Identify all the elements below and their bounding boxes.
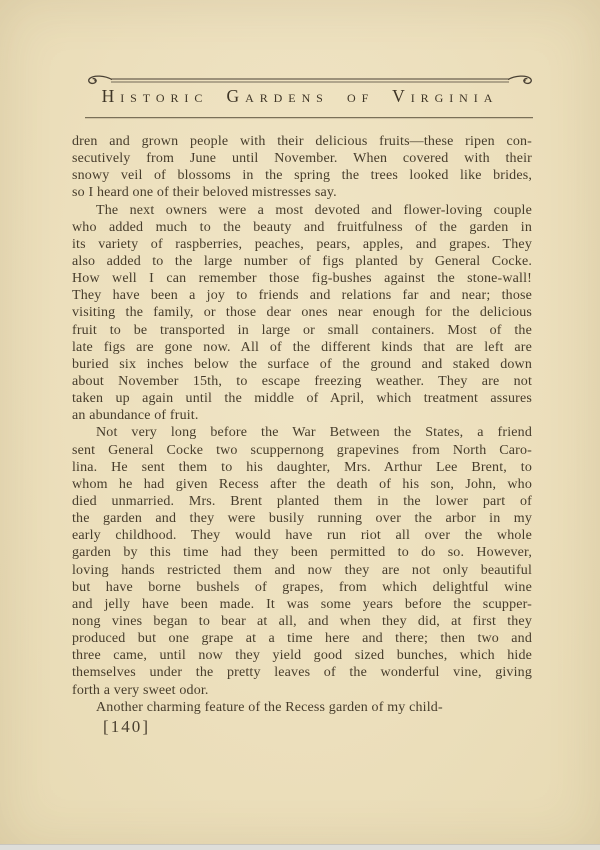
scanned-book-page: Historic Gardens of Virginia dren and gr… (0, 0, 600, 850)
text-line: dren and grown people with their delicio… (72, 133, 532, 150)
header-rule (85, 117, 533, 118)
text-line: produced but one grape at a time here an… (72, 630, 532, 647)
scroll-ornament-left-icon (89, 76, 112, 83)
text-line: The next owners were a most devoted and … (72, 202, 532, 219)
text-line: visiting the family, or those dear ones … (72, 304, 532, 321)
text-line: an abundance of fruit. (72, 407, 532, 424)
text-line: late figs are gone now. All of the diffe… (72, 339, 532, 356)
text-line: died unmarried. Mrs. Brent planted them … (72, 493, 532, 510)
text-line: its variety of raspberries, peaches, pea… (72, 236, 532, 253)
text-line: nong vines began to bear at all, and whe… (72, 613, 532, 630)
text-line: also added to the large number of figs p… (72, 253, 532, 270)
text-line: and jelly have been made. It was some ye… (72, 596, 532, 613)
text-line: fruit to be transported in large or smal… (72, 322, 532, 339)
text-line: Not very long before the War Between the… (72, 424, 532, 441)
text-line: secutively from June until November. Whe… (72, 150, 532, 167)
text-line: How well I can remember those fig-bushes… (72, 270, 532, 287)
body-text: dren and grown people with their delicio… (72, 133, 532, 716)
text-line: who added much to the beauty and fruitfu… (72, 219, 532, 236)
text-line: buried six inches below the surface of t… (72, 356, 532, 373)
text-line: garden by this time had they been permit… (72, 544, 532, 561)
text-line: taken up again until the middle of April… (72, 390, 532, 407)
text-line: Another charming feature of the Recess g… (72, 699, 532, 716)
running-header-title: Historic Gardens of Virginia (70, 86, 530, 107)
page-number: [140] (103, 717, 150, 737)
paragraph: Not very long before the War Between the… (72, 424, 532, 698)
paragraph: Another charming feature of the Recess g… (72, 699, 532, 716)
text-line: about November 15th, to escape freezing … (72, 373, 532, 390)
scroll-ornament-right-icon (508, 76, 531, 83)
paragraph: dren and grown people with their delicio… (72, 133, 532, 202)
text-line: They have been a joy to friends and rela… (72, 287, 532, 304)
text-line: whom he had given Recess after the death… (72, 476, 532, 493)
text-line: early childhood. They would have run rio… (72, 527, 532, 544)
text-line: lina. He sent them to his daughter, Mrs.… (72, 459, 532, 476)
text-line: themselves under the pretty leaves of th… (72, 664, 532, 681)
text-line: sent General Cocke two scuppernong grape… (72, 442, 532, 459)
text-line: forth a very sweet odor. (72, 682, 532, 699)
text-line: so I heard one of their beloved mistress… (72, 184, 532, 201)
paragraph: The next owners were a most devoted and … (72, 202, 532, 425)
text-line: but have borne bushels of grapes, from w… (72, 579, 532, 596)
text-line: three came, until now they yield good si… (72, 647, 532, 664)
text-line: snowy veil of blossoms in the spring the… (72, 167, 532, 184)
text-line: loving hands restricted them and now the… (72, 562, 532, 579)
scan-bottom-edge (0, 844, 600, 850)
text-line: the garden and they were busily running … (72, 510, 532, 527)
